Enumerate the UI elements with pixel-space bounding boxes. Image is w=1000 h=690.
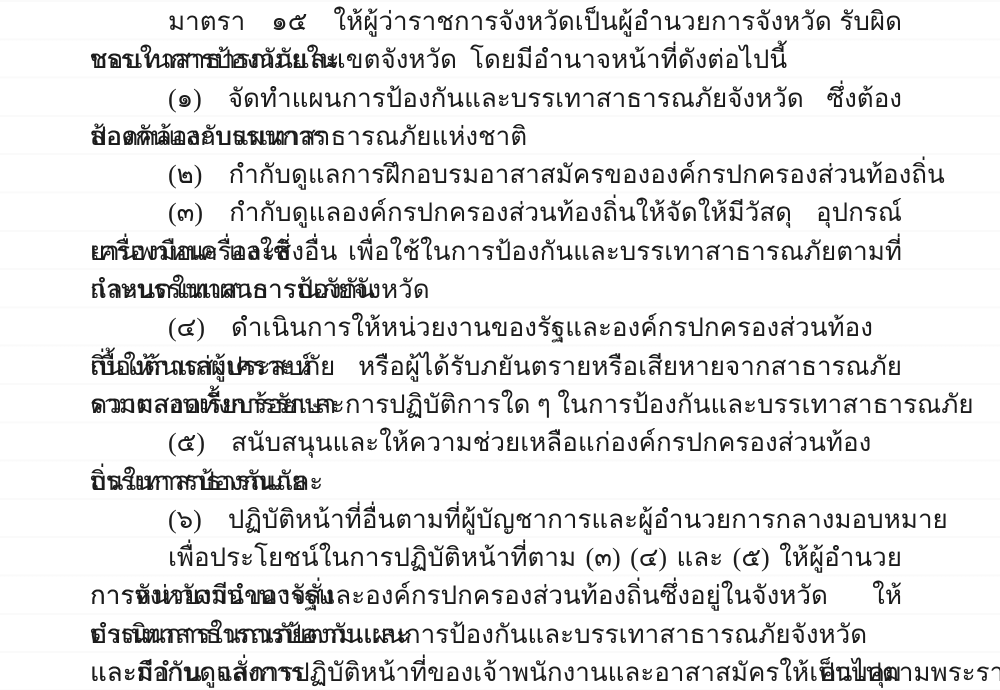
text-line-3: (๑) จัดทำแผนการป้องกันและบรรเทาสาธารณภัย… (90, 80, 902, 118)
text-line-4: ป้องกันและบรรเทาสาธารณภัยแห่งชาติ (90, 118, 902, 156)
text-line-5: (๒) กำกับดูแลการฝึกอบรมอาสาสมัครขององค์ก… (90, 156, 902, 194)
text-line-13: บรรเทาสาธารณภัย (90, 463, 902, 501)
text-line-7: ยานพาหนะ และสิ่งอื่น เพื่อใช้ในการป้องกั… (90, 233, 902, 271)
article-15-body: มาตรา ๑๕ ให้ผู้ว่าราชการจังหวัดเป็นผู้อำ… (90, 3, 902, 690)
text-line-17: บรรเทาสาธารณภัยตามแผนการป้องกันและบรรเทา… (90, 616, 902, 654)
text-line-1: มาตรา ๑๕ ให้ผู้ว่าราชการจังหวัดเป็นผู้อำ… (90, 3, 902, 41)
text-line-14: (๖) ปฏิบัติหน้าที่อื่นตามที่ผู้บัญชาการแ… (90, 501, 902, 539)
text-line-12: (๕) สนับสนุนและให้ความช่วยเหลือแก่องค์กร… (90, 424, 902, 462)
text-line-18: และกำกับดูแลการปฏิบัติหน้าที่ของเจ้าพนัก… (90, 654, 902, 690)
text-line-9: (๔) ดำเนินการให้หน่วยงานของรัฐและองค์กรป… (90, 309, 902, 347)
text-line-15: เพื่อประโยชน์ในการปฏิบัติหน้าที่ตาม (๓) … (90, 539, 902, 577)
document-page: มาตรา ๑๕ ให้ผู้ว่าราชการจังหวัดเป็นผู้อำ… (0, 0, 1000, 690)
text-line-2: บรรเทาสาธารณภัยในเขตจังหวัด โดยมีอำนาจหน… (90, 41, 902, 79)
text-line-16: การหน่วยงานของรัฐและองค์กรปกครองส่วนท้อง… (90, 577, 902, 615)
text-line-11: ความสงบเรียบร้อยและการปฏิบัติการใด ๆ ในก… (90, 386, 902, 424)
text-line-10: เบื้องต้นแก่ผู้ประสบภัย หรือผู้ได้รับภยั… (90, 348, 902, 386)
text-line-8: และบรรเทาสาธารณภัยจังหวัด (90, 271, 902, 309)
text-line-6: (๓) กำกับดูแลองค์กรปกครองส่วนท้องถิ่นให้… (90, 194, 902, 232)
